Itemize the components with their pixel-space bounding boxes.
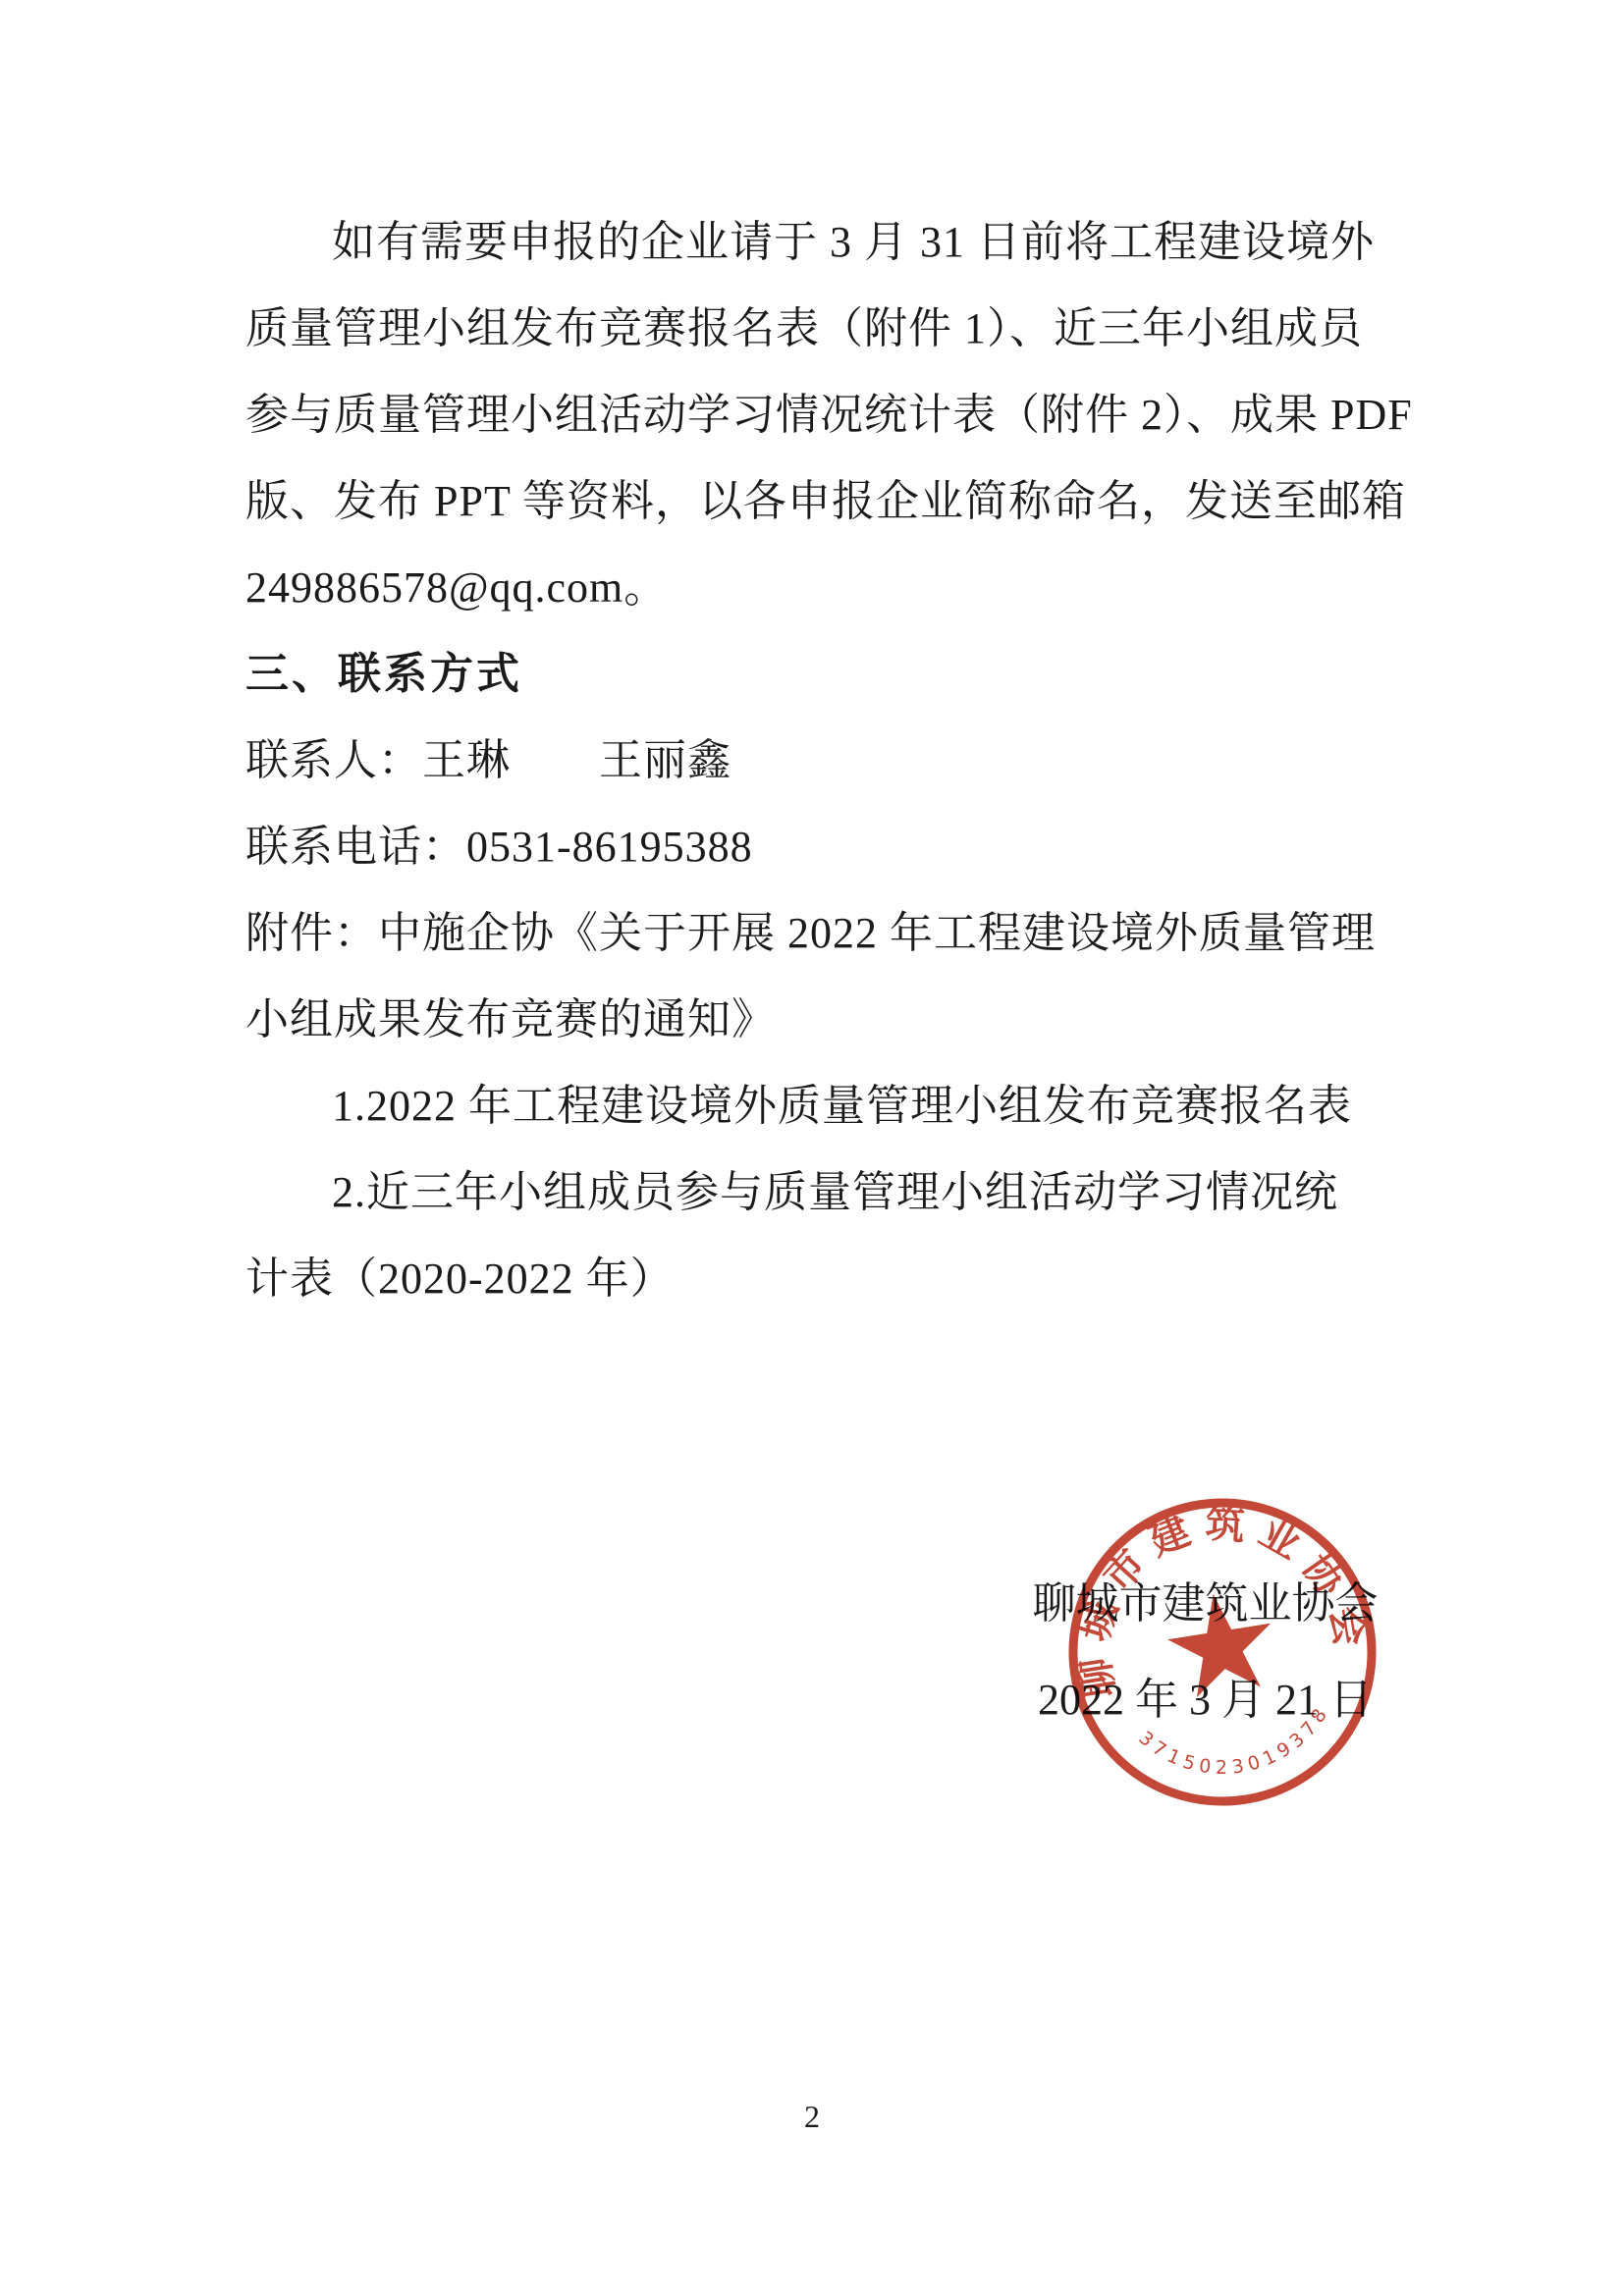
- paragraph-line: 如有需要申报的企业请于 3 月 31 日前将工程建设境外: [245, 199, 1424, 286]
- attachment-item: 2.近三年小组成员参与质量管理小组活动学习情况统: [245, 1149, 1424, 1236]
- attachment-intro-line: 小组成果发布竞赛的通知》: [245, 977, 1424, 1063]
- paragraph-line: 参与质量管理小组活动学习情况统计表（附件 2）、成果 PDF: [245, 372, 1424, 458]
- attachment-intro-line: 附件：中施企协《关于开展 2022 年工程建设境外质量管理: [245, 890, 1424, 977]
- email-text: 249886578@qq.com。: [245, 545, 1424, 631]
- section-heading: 三、联系方式: [245, 631, 1424, 718]
- document-page: { "page": { "number": "2" }, "document":…: [0, 0, 1624, 2296]
- signature-block: 聊城市建筑业协会 2022 年 3 月 21 日: [1026, 1561, 1384, 1743]
- signature-organization: 聊城市建筑业协会: [1026, 1561, 1384, 1647]
- page-number: 2: [0, 2097, 1624, 2136]
- paragraph-line: 版、发布 PPT 等资料，以各申报企业简称命名，发送至邮箱: [245, 458, 1424, 545]
- document-body: 如有需要申报的企业请于 3 月 31 日前将工程建设境外 质量管理小组发布竞赛报…: [245, 199, 1424, 1322]
- contact-person-line: 联系人：王琳 王丽鑫: [245, 718, 1424, 804]
- attachment-item: 计表（2020-2022 年）: [245, 1236, 1424, 1322]
- paragraph-line: 质量管理小组发布竞赛报名表（附件 1）、近三年小组成员: [245, 286, 1424, 372]
- signature-date: 2022 年 3 月 21 日: [1026, 1657, 1384, 1743]
- contact-phone-line: 联系电话：0531-86195388: [245, 804, 1424, 890]
- attachment-item: 1.2022 年工程建设境外质量管理小组发布竞赛报名表: [245, 1063, 1424, 1149]
